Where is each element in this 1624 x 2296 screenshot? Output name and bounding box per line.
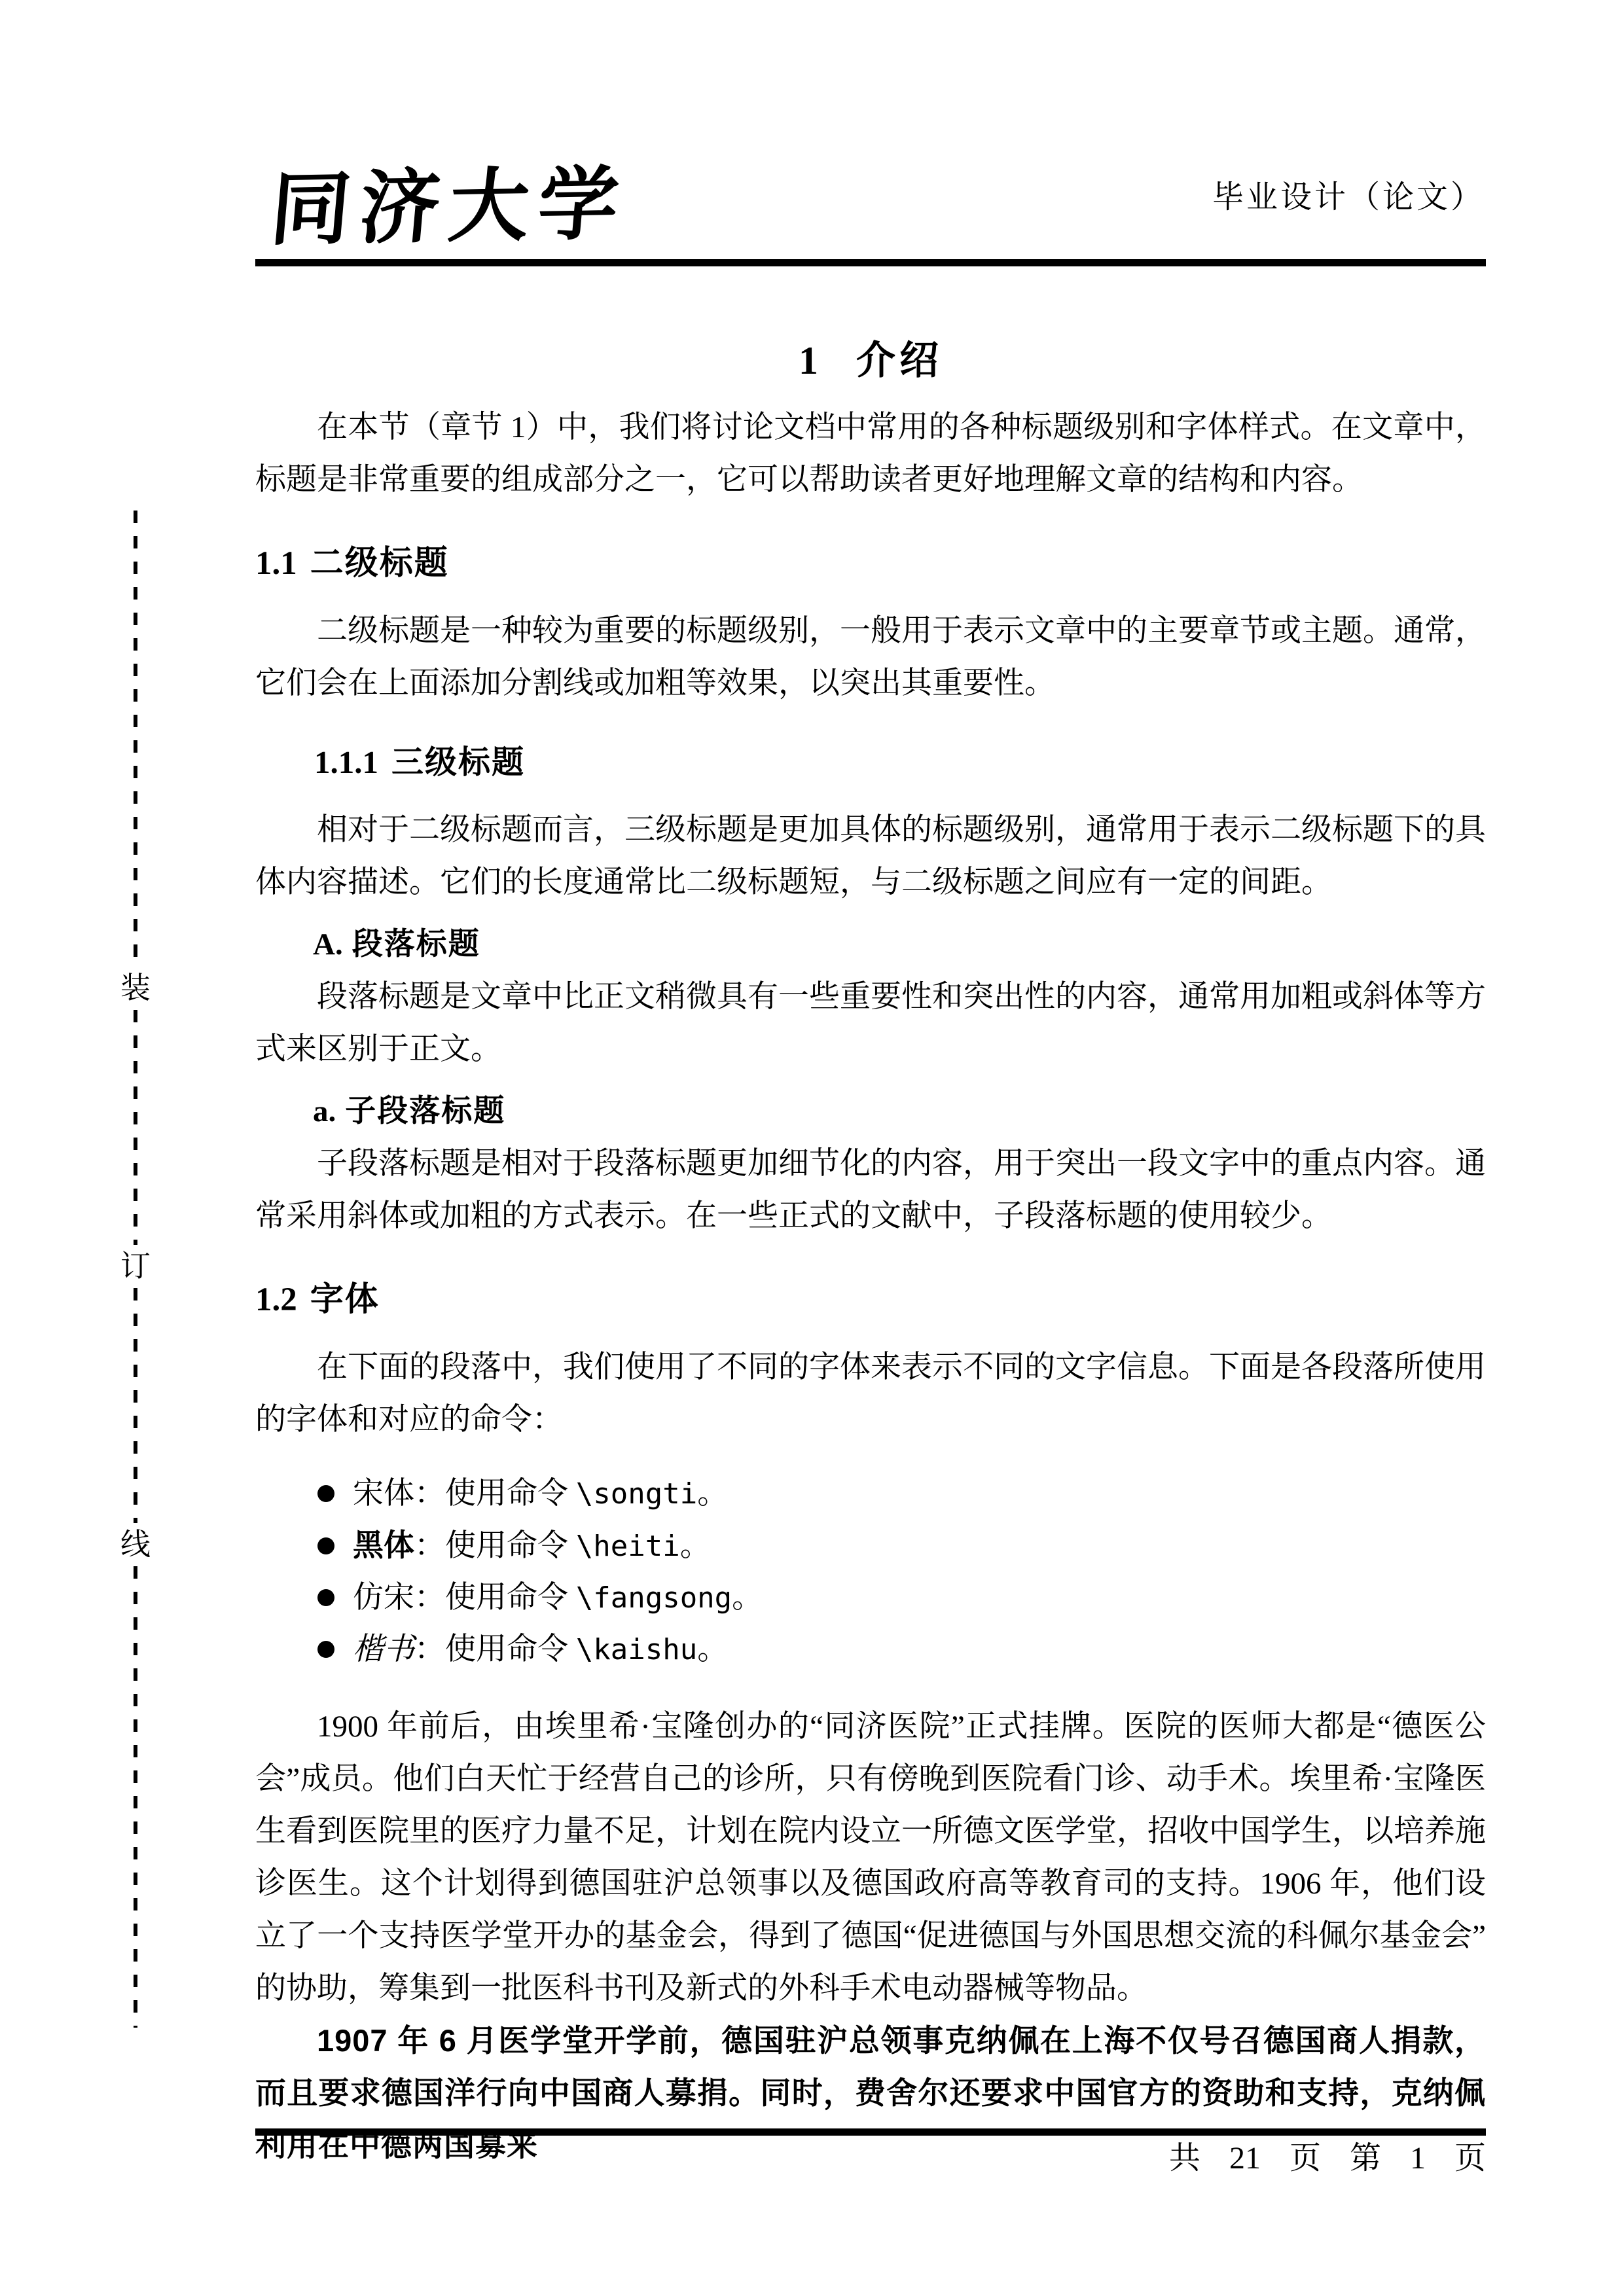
font-name: 黑体 xyxy=(353,1528,414,1562)
paragraph-heading-a: a.子段落标题 xyxy=(255,1085,1486,1138)
university-logo: 同济大学 xyxy=(266,139,633,260)
list-item-songti: 宋体：使用命令 \songti。 xyxy=(317,1468,1486,1520)
footer-pages-unit: 页 xyxy=(1290,2139,1321,2178)
font-name: 仿宋 xyxy=(353,1581,414,1615)
font-name: 楷书 xyxy=(353,1632,414,1666)
paragraph-heading-A: A.段落标题 xyxy=(255,918,1486,971)
footer-page-number: 1 xyxy=(1410,2139,1426,2178)
paragraph-heading-number: A. xyxy=(313,927,343,961)
period: 。 xyxy=(697,1632,728,1666)
header-rule xyxy=(255,259,1486,266)
bullet-icon xyxy=(317,1589,334,1606)
chapter-title: 1介绍 xyxy=(255,331,1486,391)
binding-char-zhuang: 装 xyxy=(120,967,151,1010)
binding-char-ding: 订 xyxy=(120,1245,151,1288)
section-1-2-paragraph: 在下面的段落中，我们使用了不同的字体来表示不同的文字信息。下面是各段落所使用的字… xyxy=(255,1341,1486,1446)
footer-page-unit: 页 xyxy=(1454,2139,1486,2178)
subsection-number: 1.1.1 xyxy=(314,744,378,780)
section-number: 1.2 xyxy=(255,1282,297,1318)
binding-char-xian: 线 xyxy=(120,1523,151,1566)
font-command: \kaishu xyxy=(576,1633,697,1666)
subsection-heading-1-1-1: 1.1.1三级标题 xyxy=(255,736,1486,789)
history-paragraph-1900: 1900 年前后，由埃里希·宝隆创办的“同济医院”正式挂牌。医院的医师大都是“德… xyxy=(255,1700,1486,2015)
period: 。 xyxy=(697,1477,728,1511)
doc-type-label: 毕业设计（论文） xyxy=(1212,171,1485,217)
section-heading-1-1: 1.1二级标题 xyxy=(255,536,1486,590)
subsection-1-1-1-paragraph: 相对于二级标题而言，三级标题是更加具体的标题级别，通常用于表示二级标题下的具体内… xyxy=(255,804,1486,908)
bullet-icon xyxy=(317,1537,334,1554)
paragraph-heading-text: 段落标题 xyxy=(352,926,480,961)
font-command-list: 宋体：使用命令 \songti。 黑体：使用命令 \heiti。 仿宋：使用命令… xyxy=(317,1468,1486,1676)
binding-dashed-line xyxy=(134,1566,137,2028)
document-page: 同济大学 毕业设计（论文） 装 订 线 1介绍 在本节（章节 1）中，我们将讨论… xyxy=(0,0,1624,2296)
subparagraph-heading-number: a. xyxy=(313,1094,336,1128)
list-item-kaishu: 楷书：使用命令 \kaishu。 xyxy=(317,1624,1486,1676)
chapter-title-text: 介绍 xyxy=(856,338,943,382)
font-desc: ：使用命令 xyxy=(414,1529,576,1563)
main-text-column: 1介绍 在本节（章节 1）中，我们将讨论文档中常用的各种标题级别和字体样式。在文… xyxy=(255,266,1486,2172)
font-command: \songti xyxy=(576,1477,697,1511)
font-name: 宋体 xyxy=(353,1477,414,1511)
bullet-icon xyxy=(317,1641,334,1658)
footer-page-label: 第 xyxy=(1350,2139,1381,2178)
list-item-heiti: 黑体：使用命令 \heiti。 xyxy=(317,1520,1486,1572)
period: 。 xyxy=(680,1529,711,1563)
section-heading-1-2: 1.2字体 xyxy=(255,1272,1486,1327)
period: 。 xyxy=(732,1581,763,1615)
font-command: \fangsong xyxy=(576,1581,732,1615)
page-number-footer: 共 21 页 第 1 页 xyxy=(1169,2139,1486,2178)
font-desc: ：使用命令 xyxy=(414,1632,576,1666)
font-desc: ：使用命令 xyxy=(414,1581,576,1615)
footer-rule xyxy=(255,2128,1486,2136)
section-title-text: 二级标题 xyxy=(310,544,449,581)
binding-dashed-line xyxy=(134,511,137,967)
font-command: \heiti xyxy=(576,1530,680,1563)
subparagraph-heading-text: 子段落标题 xyxy=(345,1093,505,1128)
subsection-title-text: 三级标题 xyxy=(391,745,525,780)
paragraph-a-body: 子段落标题是相对于段落标题更加细节化的内容，用于突出一段文字中的重点内容。通常采… xyxy=(255,1138,1486,1242)
list-item-fangsong: 仿宋：使用命令 \fangsong。 xyxy=(317,1572,1486,1624)
footer-total-pages: 21 xyxy=(1229,2139,1261,2178)
paragraph-A-body: 段落标题是文章中比正文稍微具有一些重要性和突出性的内容，通常用加粗或斜体等方式来… xyxy=(255,971,1486,1075)
chapter-number: 1 xyxy=(799,339,818,382)
bullet-icon xyxy=(317,1485,334,1502)
section-number: 1.1 xyxy=(255,545,297,582)
section-1-1-paragraph: 二级标题是一种较为重要的标题级别，一般用于表示文章中的主要章节或主题。通常，它们… xyxy=(255,605,1486,709)
binding-strip: 装 订 线 xyxy=(120,511,151,2029)
footer-total-label: 共 xyxy=(1169,2139,1200,2178)
font-desc: ：使用命令 xyxy=(414,1477,576,1511)
intro-paragraph: 在本节（章节 1）中，我们将讨论文档中常用的各种标题级别和字体样式。在文章中，标… xyxy=(255,401,1486,506)
binding-dashed-line xyxy=(134,1288,137,1523)
section-title-text: 字体 xyxy=(310,1280,380,1318)
binding-dashed-line xyxy=(134,1010,137,1245)
